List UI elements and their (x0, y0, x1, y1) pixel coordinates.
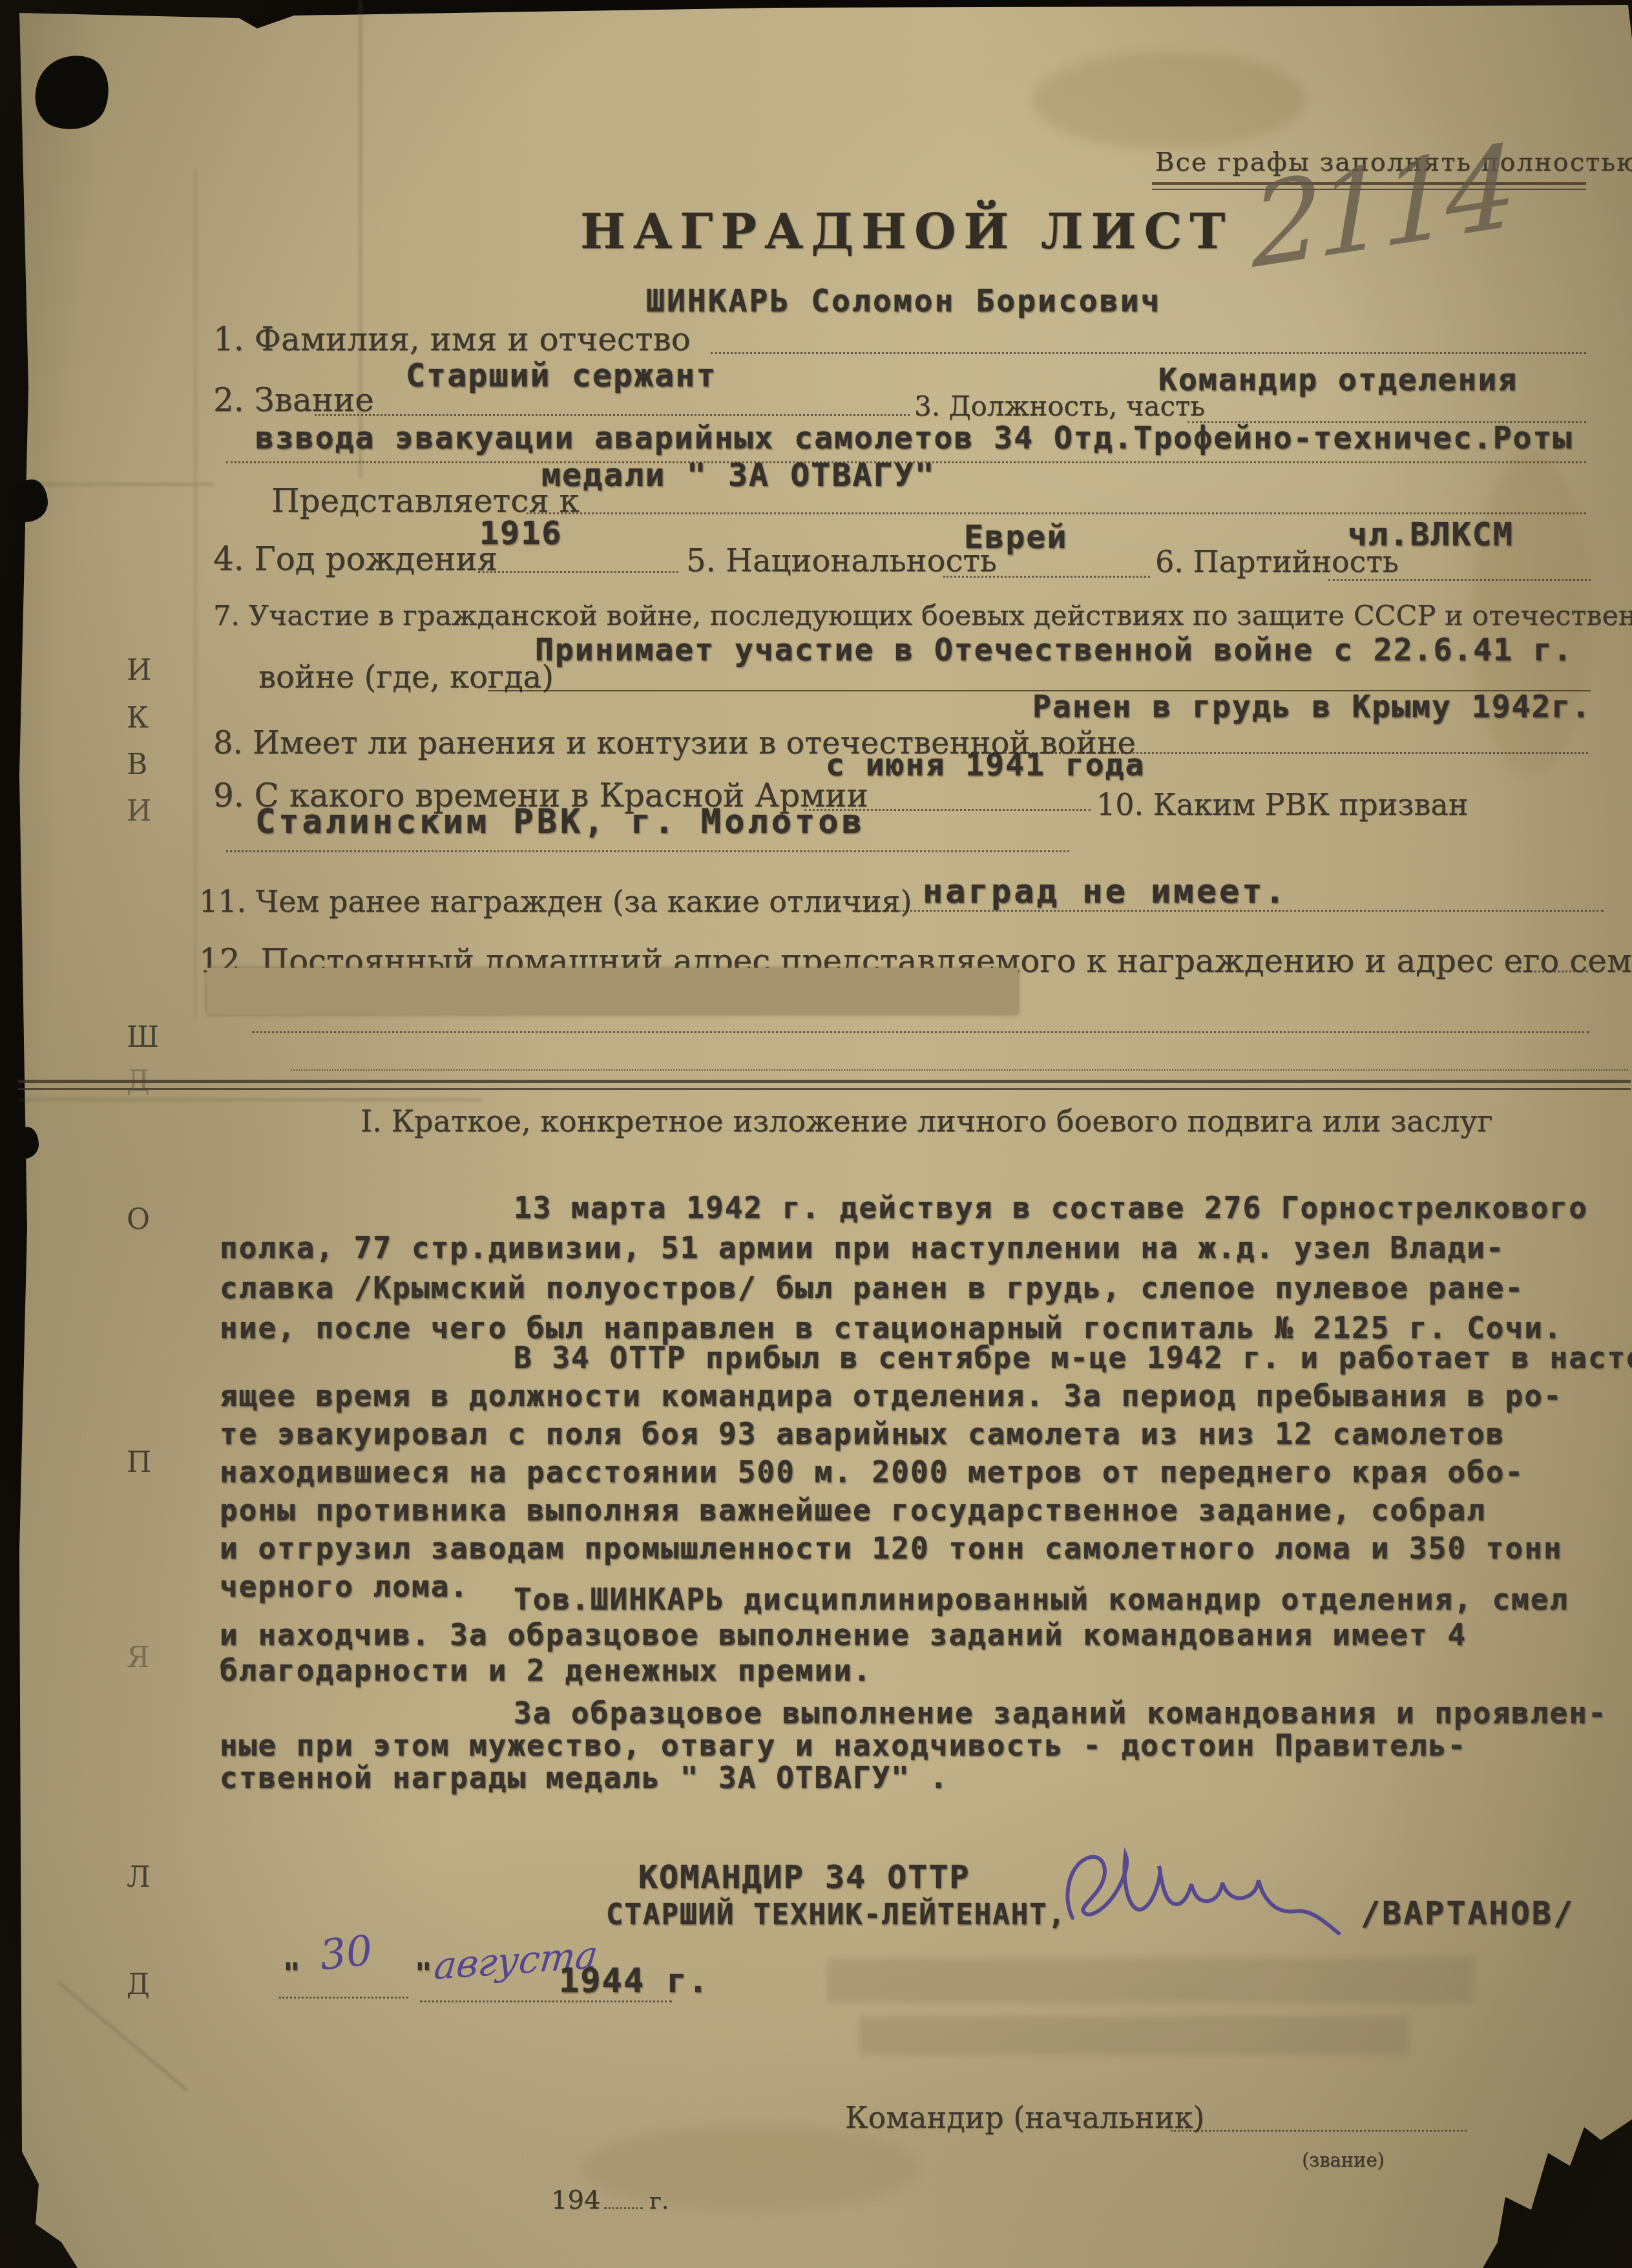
field-9-value: с июня 1941 года (826, 747, 1145, 783)
margin-letter: Д (127, 1968, 150, 2001)
field-4-label: 4. Год рождения (213, 540, 497, 578)
rule (478, 571, 678, 573)
section-1-heading: I. Краткое, конкретное изложение личного… (361, 1104, 1493, 1139)
field-2-value: Старший сержант (406, 357, 717, 394)
section-divider (18, 1088, 1631, 1090)
field-3-value-line2: взвода эвакуации аварийных самолетов 34 … (255, 420, 1573, 456)
story-line: 13 марта 1942 г. действуя в составе 276 … (220, 1188, 1602, 1228)
field-5-label: 5. Национальность (686, 543, 997, 579)
signature-surname: /ВАРТАНОВ/ (1361, 1895, 1574, 1932)
margin-letter: И (127, 795, 151, 828)
field-11-value: наград не имеет. (923, 872, 1288, 911)
story-line: благодарности и 2 денежных премии. (220, 1653, 1602, 1688)
field-6-label: 6. Партийность (1155, 544, 1399, 579)
rule (226, 850, 1069, 852)
field-3-value-line1: Командир отделения (1158, 362, 1518, 398)
story-line: и отгрузил заводам промышленности 120 то… (220, 1529, 1602, 1568)
field-3-label: 3. Должность, часть (914, 390, 1205, 422)
story-line: ящее время в должности командира отделен… (220, 1377, 1602, 1415)
story-line: славка /Крымский полуостров/ был ранен в… (220, 1268, 1602, 1308)
story-line: полка, 77 стр.дивизии, 51 армии при наст… (220, 1228, 1602, 1268)
story-line: ственной награды медаль " ЗА ОТВАГУ" . (220, 1761, 1602, 1794)
rule (291, 1069, 1628, 1071)
rule (420, 2000, 672, 2002)
story-paragraph-4: За образцовое выполнение заданий командо… (220, 1697, 1602, 1794)
margin-letter: О (127, 1203, 150, 1236)
margin-letter: Я (127, 1641, 150, 1674)
rule (252, 1031, 1589, 1033)
story-line: и находчив. За образцовое выполнение зад… (220, 1617, 1602, 1653)
margin-letter: К (127, 702, 149, 735)
document-title: НАГРАДНОЙ ЛИСТ (580, 204, 1233, 260)
story-line: те эвакуировал с поля боя 93 аварийных с… (220, 1415, 1602, 1453)
field-7-label-line1: 7. Участие в гражданской войне, последую… (213, 600, 1632, 632)
field-2-label: 2. Звание (213, 381, 374, 419)
faded-stamp (827, 1958, 1473, 2003)
field-1-label: 1. Фамилия, имя и отчество (213, 320, 691, 358)
margin-letter: П (127, 1446, 151, 1479)
date-quote-open: " (283, 1958, 302, 1991)
signature-rank-line: СТАРШИЙ ТЕХНИК-ЛЕЙТЕНАНТ, (606, 1898, 1066, 1931)
story-paragraph-3: Тов.ШИНКАРЬ дисциплинированный командир … (220, 1582, 1602, 1688)
crease-fold (18, 1098, 483, 1101)
field-8-value: Ранен в грудь в Крыму 1942г. (1032, 689, 1591, 725)
stain (581, 2126, 917, 2210)
story-line: ные при этом мужество, отвагу и находчив… (220, 1729, 1602, 1761)
footer-rank-label: (звание) (1302, 2149, 1385, 2171)
rule (604, 2207, 643, 2209)
date-day-handwritten: 30 (317, 1927, 375, 1980)
margin-letter: Ш (127, 1021, 159, 1054)
handwritten-signature (1053, 1835, 1357, 1951)
section-divider (18, 1080, 1631, 1083)
rule (1518, 971, 1588, 972)
story-line: За образцовое выполнение заданий командо… (220, 1697, 1602, 1729)
signature-unit-line: КОМАНДИР 34 ОТТР (638, 1858, 970, 1896)
footer-year-prefix: 194 (551, 2185, 600, 2215)
margin-letter: Д (127, 1065, 150, 1098)
field-10-value: Сталинским РВК, г. Молотов (255, 803, 865, 841)
rule (1328, 579, 1591, 581)
field-10-label: 10. Каким РВК призван (1096, 787, 1468, 822)
faded-stamp (859, 2016, 1408, 2055)
story-line: роны противника выполняя важнейшее госуд… (220, 1491, 1602, 1529)
margin-letter: И (127, 654, 151, 687)
story-line: находившиеся на расстоянии 500 м. 2000 м… (220, 1453, 1602, 1491)
rule (315, 414, 910, 416)
redaction-bar (207, 968, 1018, 1014)
scanned-award-sheet: Все графы заполнять полностью 2114 НАГРА… (0, 0, 1632, 2268)
rule (1171, 2130, 1467, 2132)
stain (1034, 52, 1305, 149)
story-line: Тов.ШИНКАРЬ дисциплинированный командир … (220, 1582, 1602, 1617)
crease-horizontal (19, 483, 213, 485)
crease-vertical (194, 168, 197, 1021)
footer-commander-label: Командир (начальник) (845, 2100, 1204, 2135)
margin-letter: В (127, 748, 147, 781)
story-paragraph-2: В 34 ОТТР прибыл в сентябре м-це 1942 г.… (220, 1339, 1602, 1606)
presented-for-value: медали " ЗА ОТВАГУ" (541, 456, 936, 494)
rule (711, 352, 1586, 354)
story-paragraph-1: 13 марта 1942 г. действуя в составе 276 … (220, 1188, 1602, 1348)
margin-letter: Л (127, 1861, 151, 1894)
date-year-typed: 1944 г. (559, 1962, 709, 2000)
date-quote-close: " (415, 1958, 434, 1991)
footer-year-suffix: г. (649, 2188, 669, 2214)
field-7-value: Принимает участие в Отечественной войне … (535, 632, 1573, 668)
name-typed: ШИНКАРЬ Соломон Борисович (646, 283, 1161, 319)
rule (859, 910, 1604, 912)
rule (527, 512, 1586, 514)
rule (943, 576, 1150, 578)
story-line: В 34 ОТТР прибыл в сентябре м-це 1942 г.… (220, 1339, 1602, 1377)
field-11-label: 11. Чем ранее награжден (за какие отличи… (199, 884, 912, 919)
rule (279, 1997, 408, 1999)
